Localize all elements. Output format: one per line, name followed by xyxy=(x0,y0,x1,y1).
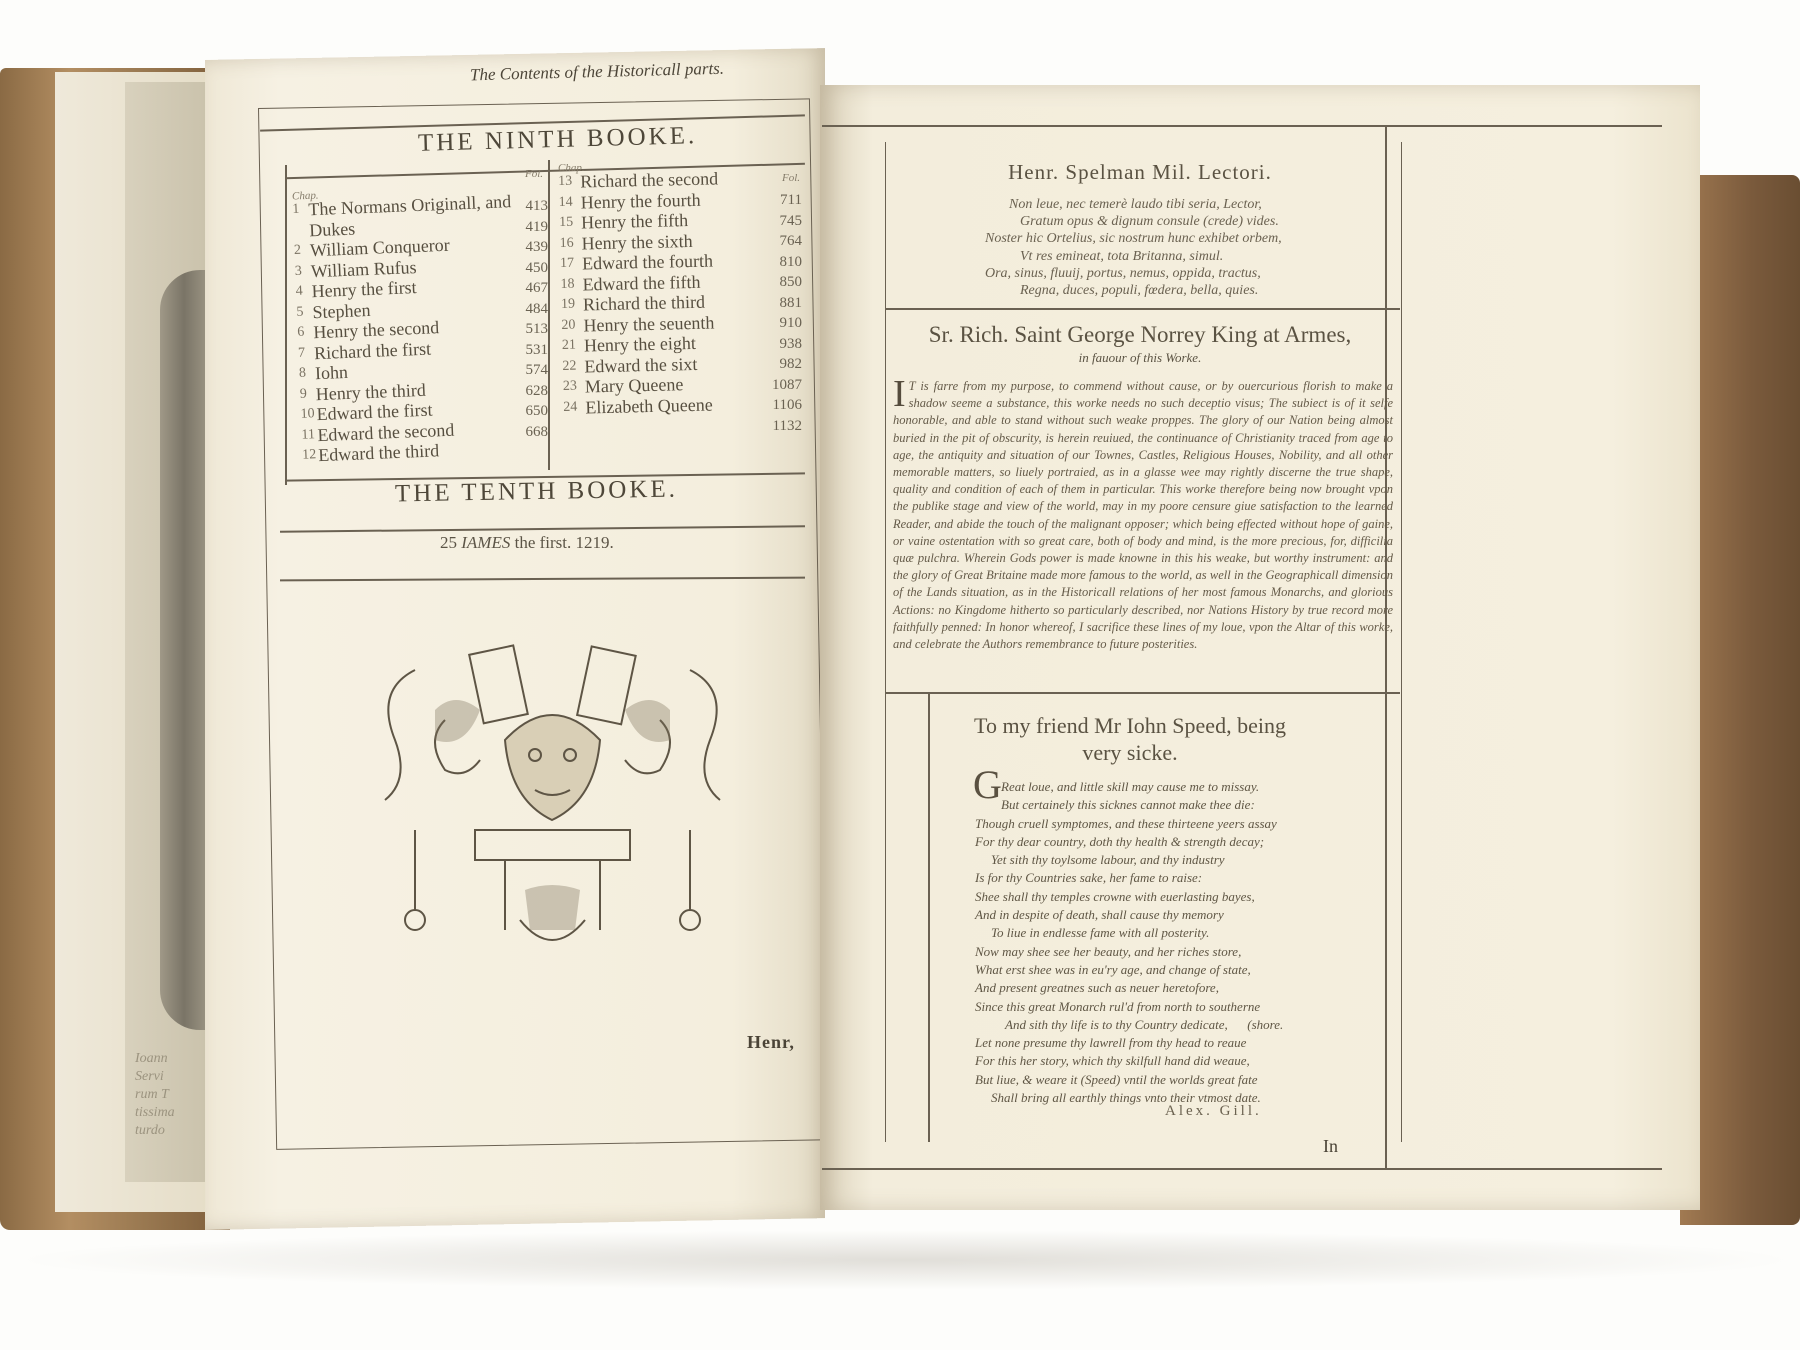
chapter-list-left: 1The Normans Originall, and Dukes 2Willi… xyxy=(292,191,521,466)
tenth-booke-entry: 25 IAMES the first. 1219. xyxy=(440,533,614,553)
speed-poem-heading: To my friend Mr Iohn Speed, being very s… xyxy=(930,712,1330,766)
folio-column-left: 413 419 439 450 467 484 513 531 574 628 … xyxy=(508,196,548,442)
spelman-heading: Henr. Spelman Mil. Lectori. xyxy=(880,160,1400,185)
st-george-prose: IT is farre from my purpose, to commend … xyxy=(893,378,1393,653)
st-george-heading: Sr. Rich. Saint George Norrey King at Ar… xyxy=(880,322,1400,348)
st-george-subheading: in fauour of this Worke. xyxy=(880,350,1400,366)
rule xyxy=(822,1168,1662,1170)
fol-label: Fol. xyxy=(782,172,800,184)
tenth-booke-title: THE TENTH BOOKE. xyxy=(395,476,678,509)
speed-poem: G Reat loue, and little skill may cause … xyxy=(975,778,1283,1107)
chapter-list-right: 13Richard the second 14Henry the fourth … xyxy=(558,168,723,418)
catchword-left: Henr, xyxy=(747,1032,795,1053)
rule xyxy=(885,308,1400,310)
rule-vertical xyxy=(548,160,550,470)
catchword-right: In xyxy=(1323,1136,1338,1157)
list-item: 20Henry the seuenth xyxy=(561,312,721,336)
rule-vertical xyxy=(285,165,287,485)
plate-caption: Ioann Servi rum T tissima turdo xyxy=(135,1050,215,1140)
list-item: 14Henry the fourth xyxy=(558,189,718,213)
rule xyxy=(822,125,1662,127)
folio-column-right: 711 745 764 810 850 881 910 938 982 1087… xyxy=(762,190,802,436)
rule xyxy=(885,692,1400,694)
list-item: 24Elizabeth Queene xyxy=(563,394,723,418)
spelman-verse: Non leue, nec temerè laudo tibi seria, L… xyxy=(985,196,1282,299)
woodcut-ornament-icon xyxy=(355,630,750,960)
poem-signature: Alex. Gill. xyxy=(1165,1103,1262,1120)
table-shadow xyxy=(10,1230,1800,1290)
fol-label: Fol. xyxy=(525,168,543,180)
